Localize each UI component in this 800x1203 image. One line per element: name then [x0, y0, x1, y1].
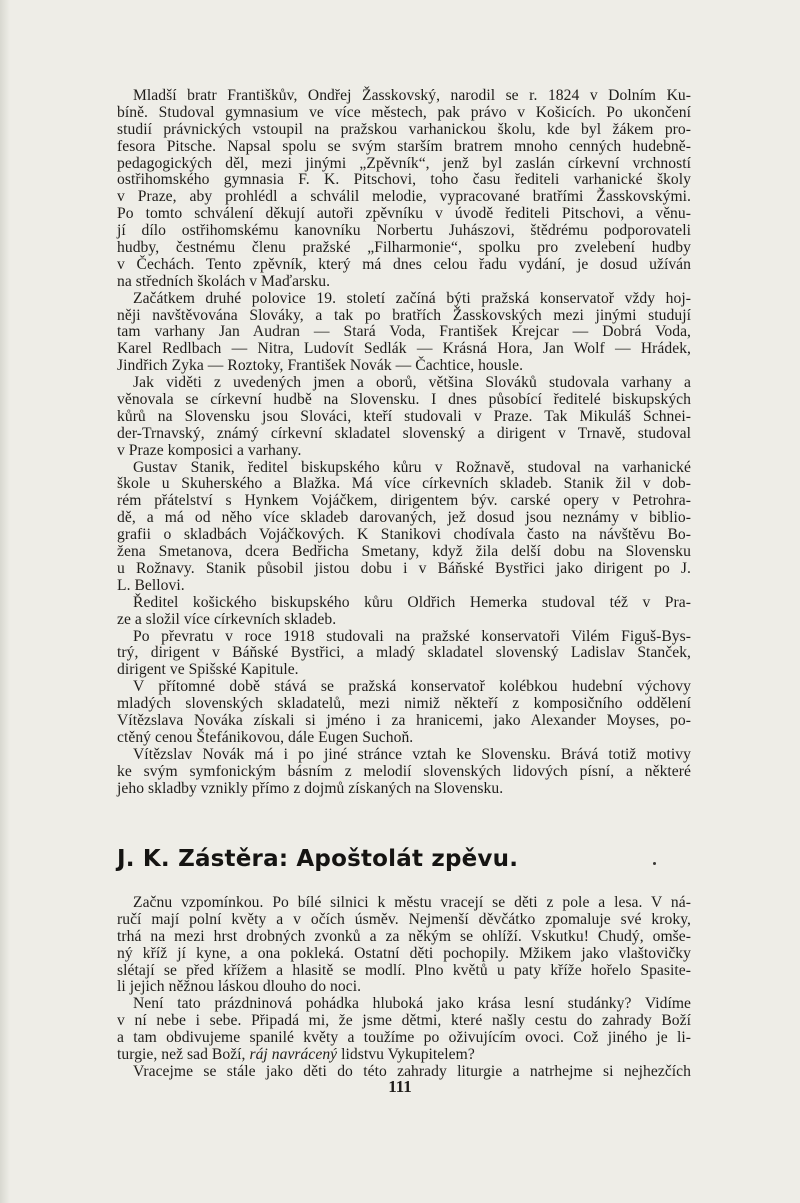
- section-music-history-text: Mladší bratr Františkův, Ondřej Žasskovs…: [117, 88, 691, 797]
- text-line: Začátkem druhé polovice 19. století začí…: [117, 291, 691, 308]
- text-line: pedagogických děl, mezi jinými „Zpěvník“…: [117, 156, 691, 173]
- text-line: grafii o skladbách Vojáčkových. K Stanik…: [117, 527, 691, 544]
- text-line: slétají se před křížem a hlasitě se modl…: [117, 963, 691, 980]
- text-line: žena Smetanova, dcera Bedřicha Smetany, …: [117, 544, 691, 561]
- page-number: 111: [0, 1077, 800, 1097]
- text-line: ke svým symfonickým básním z melodií slo…: [117, 764, 691, 781]
- text-line: kůrů na Slovensku jsou Slováci, kteří st…: [117, 409, 691, 426]
- text-line: v Praze komposici a varhany.: [117, 443, 691, 460]
- text-line: studií právnických vstoupil na pražskou …: [117, 122, 691, 139]
- text-line: Gustav Stanik, ředitel biskupského kůru …: [117, 460, 691, 477]
- text-line: Není tato prázdninová pohádka hluboká ja…: [117, 996, 691, 1013]
- text-line: mladých slovenských skladatelů, mezi nim…: [117, 696, 691, 713]
- text-line: v Praze, aby prohlédl a schválil melodie…: [117, 189, 691, 206]
- text-line: rém přátelství s Hynkem Vojáčkem, dirige…: [117, 493, 691, 510]
- text-line: Ředitel košického biskupského kůru Oldři…: [117, 595, 691, 612]
- text-line: v ní nebe i sebe. Připadá mi, že jsme dě…: [117, 1013, 691, 1030]
- page-edge-shadow: [0, 0, 10, 1203]
- book-page: Mladší bratr Františkův, Ondřej Žasskovs…: [0, 0, 800, 1203]
- text-line: dirigent ve Spišské Kapitule.: [117, 662, 691, 679]
- text-line: ze a složil více církevních skladeb.: [117, 612, 691, 629]
- text-line: Jindřich Zyka — Roztoky, František Novák…: [117, 358, 691, 375]
- italic-emphasis: ráj navrácený: [249, 1046, 337, 1063]
- text-line: li jejich něžnou láskou dlouho do noci.: [117, 979, 691, 996]
- text-line: Po tomto schválení děkují autoři zpěvník…: [117, 206, 691, 223]
- text-line: L. Bellovi.: [117, 578, 691, 595]
- print-speck: [653, 862, 656, 865]
- text-line: trý, dirigent v Báňské Bystřici, a mladý…: [117, 645, 691, 662]
- text-line: věnovala se církevní hudbě na Slovensku.…: [117, 392, 691, 409]
- text-line: ctěný cenou Štefánikovou, dále Eugen Suc…: [117, 730, 691, 747]
- article-heading: J. K. Zástěra: Apoštolát zpěvu.: [117, 846, 518, 872]
- text-line: v Čechách. Tento zpěvník, který má dnes …: [117, 257, 691, 274]
- text-line: Vítězslav Novák má i po jiné stránce vzt…: [117, 747, 691, 764]
- text-line: bíně. Studoval gymnasium ve více městech…: [117, 105, 691, 122]
- text-line: V přítomné době stává se pražská konserv…: [117, 679, 691, 696]
- text-line: Mladší bratr Františkův, Ondřej Žasskovs…: [117, 88, 691, 105]
- text-line: jeho skladby vznikly přímo z dojmů získa…: [117, 781, 691, 798]
- text-line: dě, a má od něho více skladeb darovaných…: [117, 510, 691, 527]
- text-line: ručí mají polní květy a v očích úsměv. N…: [117, 912, 691, 929]
- section-apostolate-text: Začnu vzpomínkou. Po bílé silnici k měst…: [117, 895, 691, 1081]
- text-line: u Rožnavy. Stanik působil jistou dobu i …: [117, 561, 691, 578]
- text-line: Po převratu v roce 1918 studovali na pra…: [117, 629, 691, 646]
- text-line: trhá na mezi hrst drobných zvonků a za n…: [117, 929, 691, 946]
- text-line: něji navštěvována Slováky, a tak po brat…: [117, 308, 691, 325]
- text-line: a tam obdivujeme spanilé květy a toužíme…: [117, 1030, 691, 1047]
- text-line: Začnu vzpomínkou. Po bílé silnici k měst…: [117, 895, 691, 912]
- text-line: turgie, než sad Boží, ráj navrácený lids…: [117, 1047, 691, 1064]
- text-line: fesora Pitsche. Napsal spolu se svým sta…: [117, 139, 691, 156]
- text-line: tam varhany Jan Audran — Stará Voda, Fra…: [117, 324, 691, 341]
- text-line: Karel Redlbach — Nitra, Ludovít Sedlák —…: [117, 341, 691, 358]
- text-line: ostřihomského gymnasia F. K. Pitschovi, …: [117, 172, 691, 189]
- text-line: jí dílo ostřihomskému kanovníku Norbertu…: [117, 223, 691, 240]
- text-line: na středních školách v Maďarsku.: [117, 274, 691, 291]
- text-line: hudby, čestnému členu pražské „Filharmon…: [117, 240, 691, 257]
- text-line: škole u Skuherského a Blažka. Má více cí…: [117, 476, 691, 493]
- text-line: Jak viděti z uvedených jmen a oborů, vět…: [117, 375, 691, 392]
- text-line: ný kříž jí kyne, a ona pokleká. Ostatní …: [117, 946, 691, 963]
- text-line: Vítězslava Nováka získali si jméno i za …: [117, 713, 691, 730]
- text-line: der-Trnavský, známý církevní skladatel s…: [117, 426, 691, 443]
